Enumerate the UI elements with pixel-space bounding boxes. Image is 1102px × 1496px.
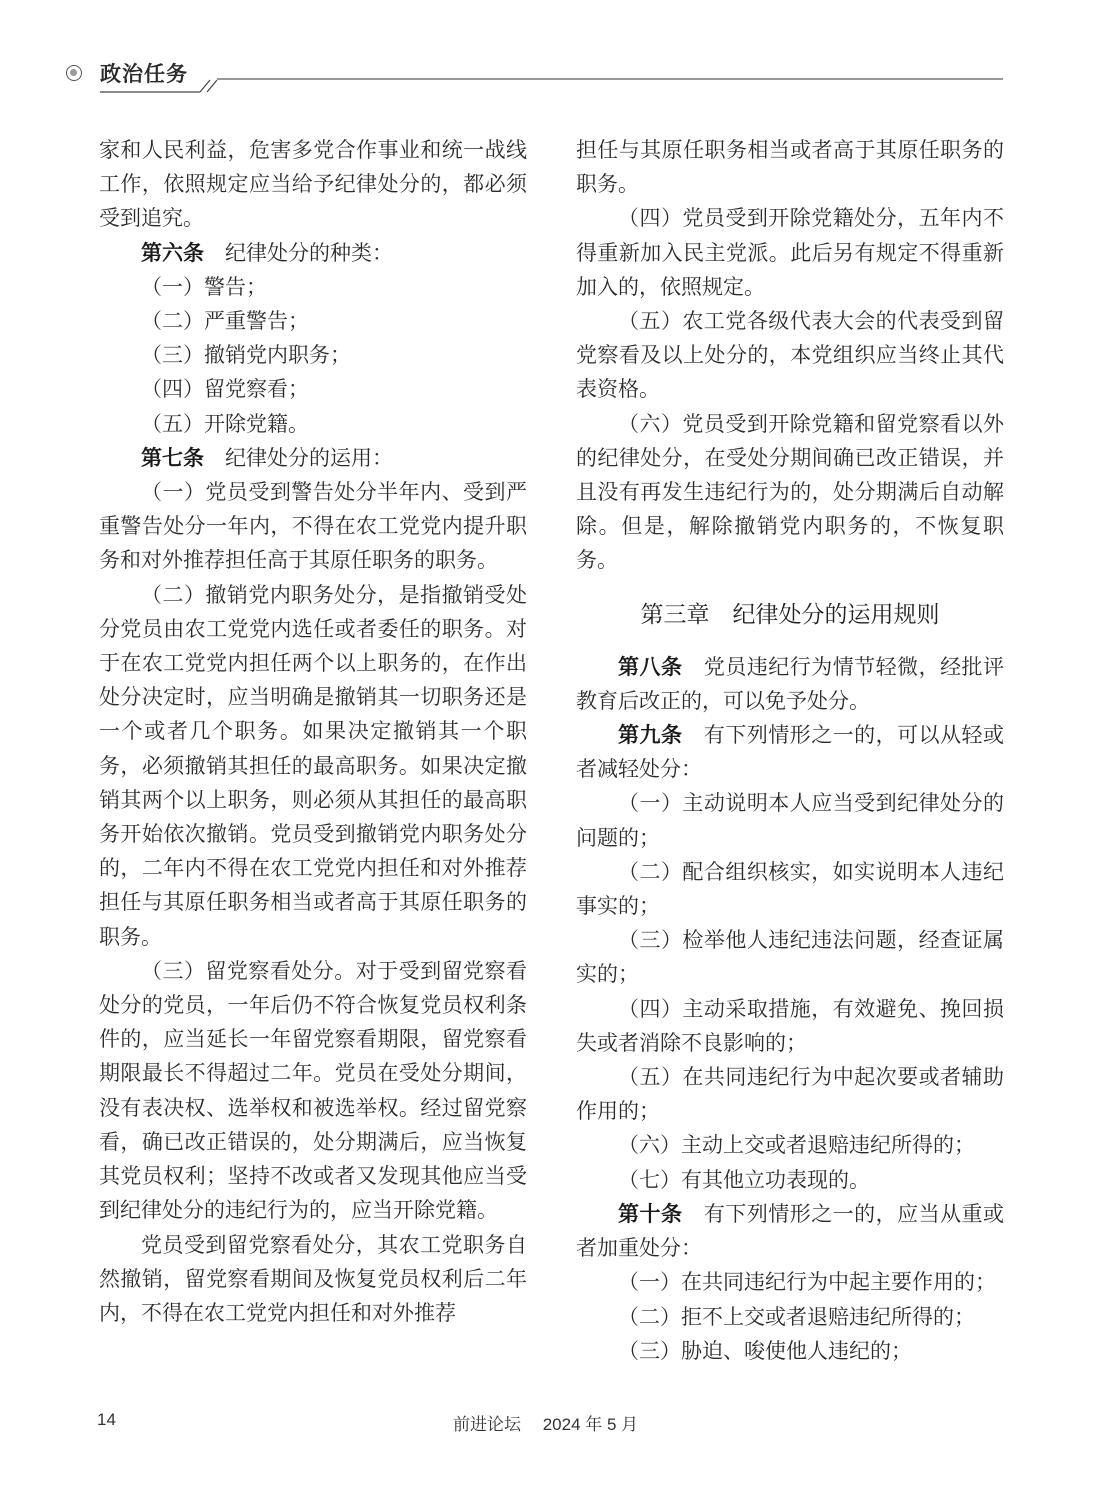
paragraph: （三）留党察看处分。对于受到留党察看处分的党员，一年后仍不符合恢复党员权利条件的… <box>99 954 527 1228</box>
chapter-heading: 第三章 纪律处分的运用规则 <box>576 598 1004 632</box>
section-bullet-icon <box>66 65 82 81</box>
paragraph: （六）党员受到开除党籍和留党察看以外的纪律处分，在受处分期间确已改正错误，并且没… <box>576 407 1004 578</box>
article-label: 第七条 <box>141 446 204 470</box>
list-item: （二）拒不上交或者退赔违纪所得的； <box>576 1300 1004 1334</box>
article-8: 第八条 党员违纪行为情节轻微，经批评教育后改正的，可以免予处分。 <box>576 650 1004 718</box>
article-label: 第八条 <box>618 655 682 679</box>
list-item: （三）胁迫、唆使他人违纪的； <box>576 1334 1004 1368</box>
list-item: （五）开除党籍。 <box>99 407 527 441</box>
list-item: （四）留党察看； <box>99 372 527 406</box>
paragraph: （一）党员受到警告处分半年内、受到严重警告处分一年内，不得在农工党党内提升职务和… <box>99 475 527 578</box>
article-10-heading: 第十条 有下列情形之一的，应当从重或者加重处分： <box>576 1197 1004 1265</box>
article-label: 第九条 <box>618 723 682 747</box>
paragraph: （四）党员受到开除党籍处分，五年内不得重新加入民主党派。此后另有规定不得重新加入… <box>576 201 1004 304</box>
paragraph: （二）撤销党内职务处分，是指撤销受处分党员由农工党党内选任或者委任的职务。对于在… <box>99 578 527 954</box>
right-column: 担任与其原任职务相当或者高于其原任职务的职务。 （四）党员受到开除党籍处分，五年… <box>576 133 1004 1368</box>
list-item: （二）配合组织核实，如实说明本人违纪事实的； <box>576 855 1004 923</box>
left-column: 家和人民利益，危害多党合作事业和统一战线工作，依照规定应当给予纪律处分的，都必须… <box>99 133 527 1330</box>
journal-footer: 前进论坛 2024 年 5 月 <box>453 1410 638 1435</box>
header-rule-decoration <box>0 0 1102 110</box>
article-label: 第六条 <box>141 241 204 265</box>
section-title: 政治任务 <box>100 58 188 88</box>
page-number: 14 <box>97 1410 116 1430</box>
page-header: 政治任务 <box>0 0 1102 110</box>
list-item: （一）警告； <box>99 270 527 304</box>
list-item: （三）撤销党内职务； <box>99 338 527 372</box>
list-item: （一）在共同违纪行为中起主要作用的； <box>576 1265 1004 1299</box>
article-7-heading: 第七条 纪律处分的运用： <box>99 441 527 475</box>
paragraph: 担任与其原任职务相当或者高于其原任职务的职务。 <box>576 133 1004 201</box>
article-9-heading: 第九条 有下列情形之一的，可以从轻或者减轻处分： <box>576 718 1004 786</box>
paragraph: （五）农工党各级代表大会的代表受到留党察看及以上处分的，本党组织应当终止其代表资… <box>576 304 1004 407</box>
paragraph: 家和人民利益，危害多党合作事业和统一战线工作，依照规定应当给予纪律处分的，都必须… <box>99 133 527 236</box>
list-item: （五）在共同违纪行为中起次要或者辅助作用的； <box>576 1060 1004 1128</box>
article-label: 第十条 <box>618 1202 682 1226</box>
article-6-heading: 第六条 纪律处分的种类： <box>99 236 527 270</box>
list-item: （一）主动说明本人应当受到纪律处分的问题的； <box>576 786 1004 854</box>
list-item: （三）检举他人违纪违法问题，经查证属实的； <box>576 923 1004 991</box>
paragraph: 党员受到留党察看处分，其农工党职务自然撤销，留党察看期间及恢复党员权利后二年内，… <box>99 1228 527 1331</box>
list-item: （六）主动上交或者退赔违纪所得的； <box>576 1128 1004 1162</box>
list-item: （二）严重警告； <box>99 304 527 338</box>
list-item: （七）有其他立功表现的。 <box>576 1163 1004 1197</box>
list-item: （四）主动采取措施，有效避免、挽回损失或者消除不良影响的； <box>576 992 1004 1060</box>
